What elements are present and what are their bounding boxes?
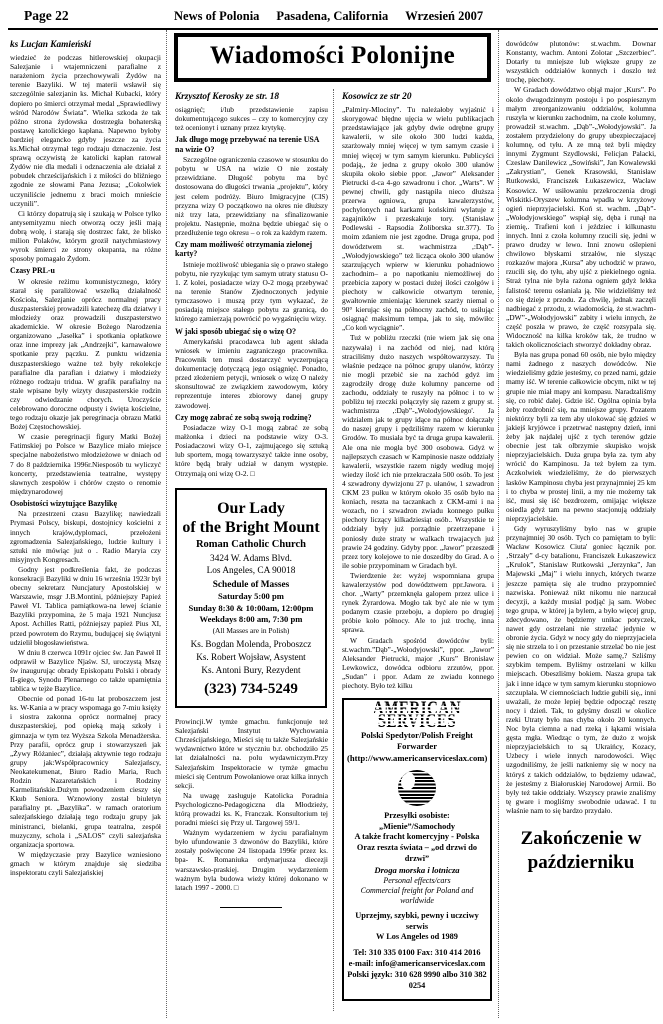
ad-polish-line: Polski język: 310 628 9990 albo 310 382 … <box>347 970 487 992</box>
ad-phone-line: Tel: 310 335 0100 Fax: 310 414 2016 <box>347 948 487 959</box>
paragraph: Na uwagę zasługuje Katolicka Poradnia Ps… <box>175 791 328 827</box>
page-number: Page 22 <box>24 8 174 24</box>
ad-service-line: A także fracht komercyjny - Polska <box>347 832 487 843</box>
subhead-how-to-apply: W jaki sposób ubiegać się o wizę O? <box>175 327 328 336</box>
section-title: Wiadomości Polonijne <box>178 42 487 70</box>
ad-service-line: W Los Angeles od 1989 <box>347 932 487 943</box>
mass-weekdays: Weekdays 8:00 am, 7:30 pm <box>179 614 323 626</box>
globe-icon <box>398 770 436 806</box>
paragraph: W okresie reżimu komunistycznego, który … <box>10 277 161 432</box>
section-title-box: Wiadomości Polonijne <box>174 33 491 82</box>
church-ad-title: Our Lady of the Bright Mount <box>179 499 323 537</box>
main-columns: ks Lucjan Kamieński wiedzieć że podczas … <box>8 30 658 1018</box>
paragraph: Na przestrzeni czasu Bazylikę; nawiedzal… <box>10 509 161 564</box>
ad-service-line: Oraz reszta świata – „od drzwi do drzwi” <box>347 843 487 865</box>
subhead-visa-duration: Jak długo mogę przebywać na terenie USA … <box>175 135 328 154</box>
ad-email-line: e-mail: info@americanserviceslax.com <box>347 959 487 970</box>
subhead-green-card: Czy mam możliwość otrzymania zielonej ka… <box>175 240 328 259</box>
masthead-date: Wrzesień 2007 <box>405 9 483 24</box>
ad-service-line: Droga morska i lotnicza <box>347 865 487 876</box>
paragraph: W międzyczasie przy Bazylice wzniesiono … <box>10 850 161 877</box>
ad-service-line: Commercial freight for Poland and worldw… <box>347 886 487 906</box>
church-ad-priests: Ks. Bogdan Molenda, Proboszcz Ks. Robert… <box>179 638 323 677</box>
masthead-location: Pasadena, California <box>276 9 388 24</box>
byline-kerosky: Krzysztof Kerosky ze str. 18 <box>175 93 328 102</box>
american-services-ad: AMERICAN SERVICES Polski Spedytor/Polish… <box>342 698 492 1001</box>
paragraph: dowódców plutonów: st.wachm. Downar Kons… <box>506 39 656 84</box>
masthead: News of Polonia Pasadena, California Wrz… <box>174 9 483 24</box>
paragraph: W czasie peregrinacji figury Matki Bożej… <box>10 432 161 496</box>
church-ad: Our Lady of the Bright Mount Roman Catho… <box>175 488 327 708</box>
middle-columns: Krzysztof Kerosky ze str. 18 osiągnięć; … <box>167 89 498 1011</box>
masthead-publication: News of Polonia <box>174 9 259 24</box>
paragraph: Twierdzenie że: wyżej wspomniana grupa k… <box>342 571 494 635</box>
paragraph: Gdy wyruszyliśmy było nas w grupie przyn… <box>506 524 656 815</box>
column-4: dowódców plutonów: st.wachm. Downar Kons… <box>499 30 658 1018</box>
paragraph: Prowincji.W tymże gmachu. funkcjonuje te… <box>175 717 328 790</box>
church-ad-subtitle: Roman Catholic Church <box>179 539 323 551</box>
church-ad-address: 3424 W. Adams Blvd. Los Angeles, CA 9001… <box>179 553 323 577</box>
church-ad-note: (All Masses are in Polish) <box>179 627 323 636</box>
paragraph: Ważnym wydarzeniem w życiu parafialnym b… <box>175 828 328 892</box>
ad-service-line: Personal effects/cars <box>347 876 487 886</box>
paragraph: wiedzieć że podczas hitlerowskiej okupac… <box>10 53 161 208</box>
column-3: Kosowicz ze str 20 „Palmiry-Mlociny”. Tu… <box>333 89 498 1011</box>
paragraph: Amerykański pracodawca lub agent składa … <box>175 337 328 410</box>
page-header: Page 22 News of Polonia Pasadena, Califo… <box>8 8 658 24</box>
newspaper-page: Page 22 News of Polonia Pasadena, Califo… <box>0 0 663 1018</box>
article-ending-notice: Zakończenie w październiku <box>506 827 656 875</box>
paragraph: „Palmiry-Mlociny”. Tu należałoby wyjaśni… <box>342 105 494 332</box>
paragraph: Tuż w pobliżu rzeczki (nie wiem jak się … <box>342 333 494 569</box>
column-2: Krzysztof Kerosky ze str. 18 osiągnięć; … <box>167 89 333 1011</box>
column-1: ks Lucjan Kamieński wiedzieć że podczas … <box>8 30 166 1018</box>
american-services-logo: AMERICAN SERVICES <box>347 704 487 729</box>
byline-kamienski: ks Lucjan Kamieński <box>10 41 161 50</box>
paragraph: Szczególne ograniczenia czasowe w stosun… <box>175 155 328 237</box>
paragraph: Istnieje możliwość ubiegania się o prawo… <box>175 260 328 324</box>
ad-service-line: Uprzejmy, szybki, pewny i uczciwy serwis <box>347 911 487 933</box>
mass-saturday: Saturday 5:00 pm <box>179 591 323 603</box>
byline-kosowicz: Kosowicz ze str 20 <box>342 93 494 102</box>
paragraph: Posiadacze wizy O-1 mogą zabrać ze sobą … <box>175 423 328 478</box>
subhead-czasy-prl: Czasy PRL-u <box>10 266 161 275</box>
middle-section: Wiadomości Polonijne Krzysztof Kerosky z… <box>166 30 499 1018</box>
church-ad-phone: (323) 734-5249 <box>179 681 323 698</box>
subhead-osobistosci: Osobistości wizytujące Bazylikę <box>10 499 161 508</box>
paragraph: W Gradach spośród dowódców byli: st.wach… <box>342 636 494 691</box>
paragraph: W Gradach dowództwo objął major ‚Kurs”. … <box>506 85 656 349</box>
paragraph: Godny jest podkreślenia fakt, że podczas… <box>10 565 161 647</box>
paragraph: Obecnie od ponad 16-tu lat proboszczem j… <box>10 694 161 849</box>
mass-sunday: Sunday 8:30 & 10:00am, 12:00pm <box>179 603 323 615</box>
paragraph: Była nas grupa ponad 60 osób, nie było m… <box>506 350 656 523</box>
paragraph: W dniu 8 czerwca 1091r ojciec św. Jan Pa… <box>10 648 161 693</box>
subhead-family: Czy mogę zabrać ze sobą swoją rodzinę? <box>175 413 328 422</box>
ad-service-line: Przesyłki osobiste: „Mienie”/Samochody <box>347 811 487 833</box>
paragraph: osiągnięć; i/lub przedstawienie zapisu d… <box>175 105 328 132</box>
ad-tagline: Polski Spedytor/Polish Freight Forwarder… <box>347 730 487 764</box>
article-end-divider <box>220 907 282 908</box>
paragraph: Ci którzy dopatrują się i szukają w Pols… <box>10 209 161 264</box>
church-ad-schedule-heading: Schedule of Masses <box>179 580 323 591</box>
